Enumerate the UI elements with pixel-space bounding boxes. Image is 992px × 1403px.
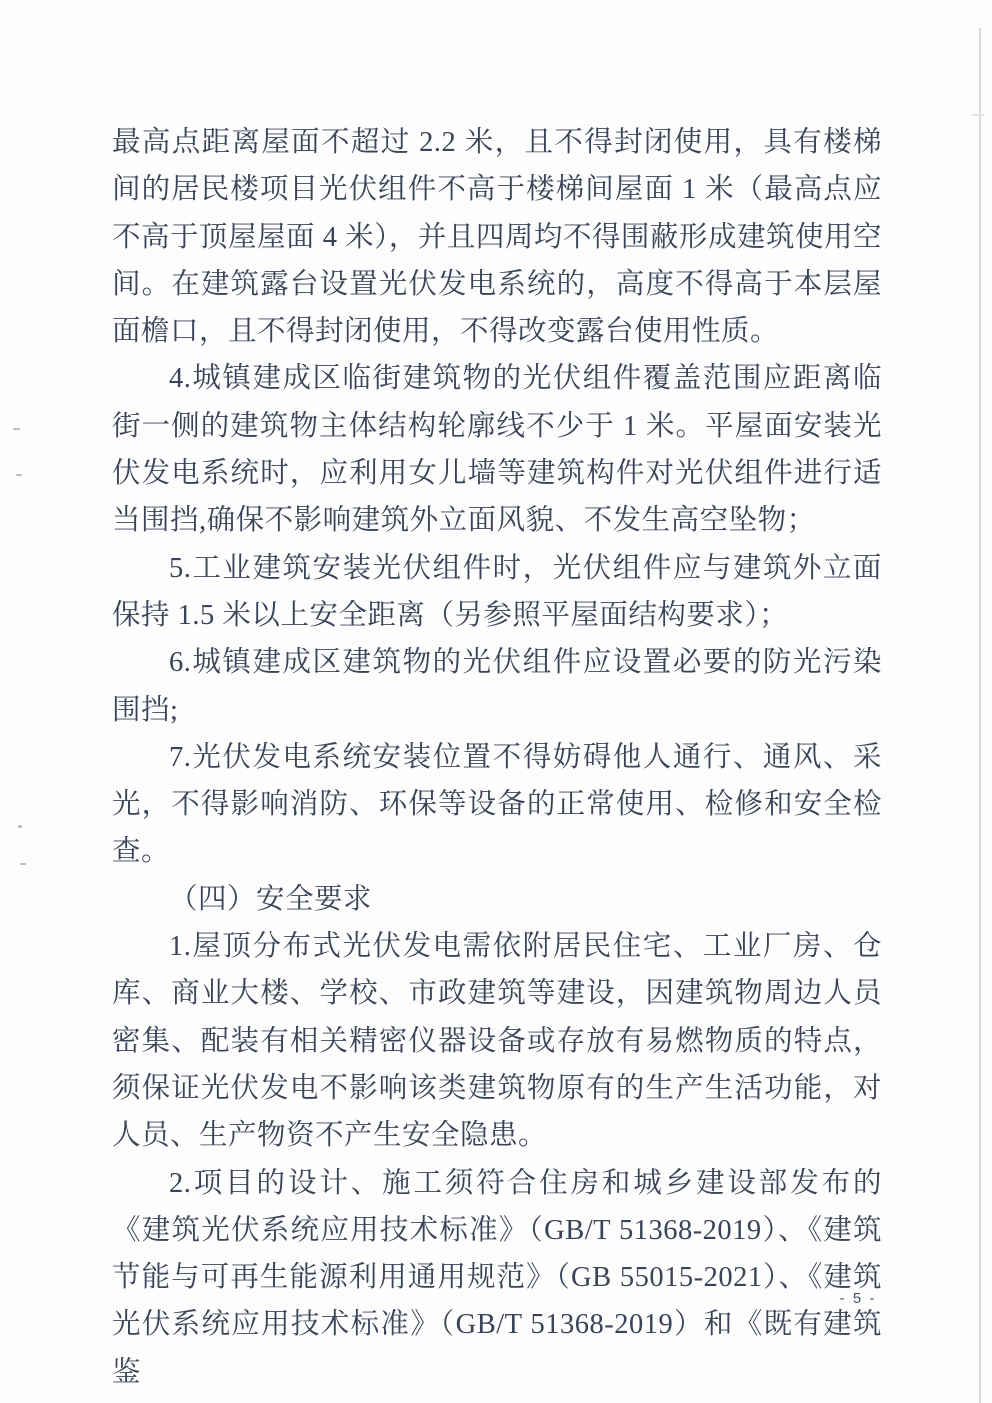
paragraph-item-6-light-pollution: 6.城镇建成区建筑物的光伏组件应设置必要的防光污染围挡;	[112, 639, 882, 734]
scan-artifact-speck	[16, 474, 22, 476]
scan-artifact-speck	[13, 428, 20, 430]
paragraph-item-7-installation-position: 7.光伏发电系统安装位置不得妨碍他人通行、通风、采光，不得影响消防、环保等设备的…	[112, 734, 882, 876]
scan-edge-tick	[972, 114, 984, 116]
scan-artifact-speck	[18, 825, 22, 828]
paragraph-item-4-street-facing-buildings: 4.城镇建成区临街建筑物的光伏组件覆盖范围应距离临街一侧的建筑物主体结构轮廓线不…	[112, 355, 882, 544]
scan-edge-line	[979, 28, 981, 1403]
paragraph-item-5-industrial-buildings: 5.工业建筑安装光伏组件时，光伏组件应与建筑外立面保持 1.5 米以上安全距离（…	[112, 545, 882, 640]
paragraph-roof-height-rules-continuation: 最高点距离屋面不超过 2.2 米，且不得封闭使用，具有楼梯间的居民楼项目光伏组件…	[112, 119, 882, 355]
section-heading-safety-requirements: （四）安全要求	[112, 876, 882, 923]
paragraph-safety-item-1-rooftop-distributed-pv: 1.屋顶分布式光伏发电需依附居民住宅、工业厂房、仓库、商业大楼、学校、市政建筑等…	[112, 923, 882, 1159]
scan-artifact-speck	[20, 863, 26, 865]
paragraph-safety-item-2-design-standards: 2.项目的设计、施工须符合住房和城乡建设部发布的《建筑光伏系统应用技术标准》（G…	[112, 1160, 882, 1396]
body-text: 最高点距离屋面不超过 2.2 米，且不得封闭使用，具有楼梯间的居民楼项目光伏组件…	[112, 119, 882, 1396]
page-number: - 5 -	[828, 1290, 888, 1307]
document-page: 最高点距离屋面不超过 2.2 米，且不得封闭使用，具有楼梯间的居民楼项目光伏组件…	[0, 0, 992, 1403]
